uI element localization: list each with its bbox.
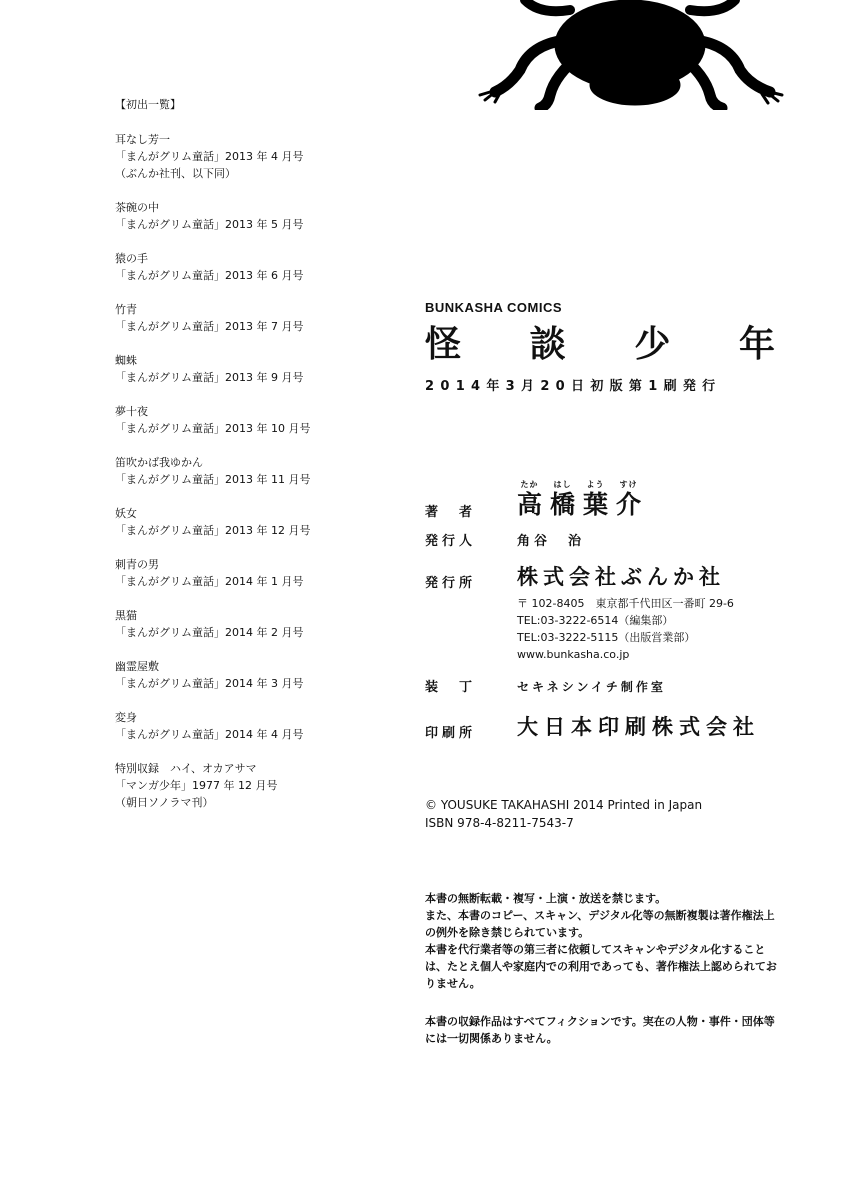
- author-label: 著 者: [425, 501, 517, 520]
- design-label: 装 丁: [425, 676, 517, 695]
- title-char: 少: [634, 323, 670, 367]
- fiction-disclaimer: 本書の収録作品はすべてフィクションです。実在の人物・事件・団体等には一切関係あり…: [425, 1013, 785, 1047]
- legal-notices: 本書の無断転載・複写・上演・放送を禁じます。 また、本書のコピー、スキャン、デジ…: [425, 890, 785, 1068]
- list-item: 刺青の男「まんがグリム童話」2014 年 1 月号: [115, 556, 395, 590]
- postal-address: 〒 102-8405 東京都千代田区一番町 29-6: [517, 595, 785, 612]
- entry-source: 「まんがグリム童話」2013 年 5 月号: [115, 216, 395, 233]
- entry-title: 竹青: [115, 301, 395, 318]
- design-studio: セキネシンイチ制作室: [517, 678, 666, 695]
- entry-title: 蜘蛛: [115, 352, 395, 369]
- publisher-address: 〒 102-8405 東京都千代田区一番町 29-6 TEL:03-3222-6…: [517, 595, 785, 663]
- tel-sales: TEL:03-3222-5115（出版営業部）: [517, 629, 785, 646]
- isbn: ISBN 978-4-8211-7543-7: [425, 814, 702, 832]
- kanji: 高: [517, 490, 542, 520]
- entry-title: 刺青の男: [115, 556, 395, 573]
- first-appearance-list: 【初出一覧】 耳なし芳一「まんがグリム童話」2013 年 4 月号（ぶんか社刊、…: [115, 96, 395, 828]
- author-name: たか高 はし橋 よう葉 すけ介: [517, 480, 641, 520]
- title-char: 年: [739, 323, 775, 367]
- entry-note: （ぶんか社刊、以下同）: [115, 165, 395, 182]
- website-link[interactable]: www.bunkasha.co.jp: [517, 646, 785, 663]
- list-item: 笛吹かば我ゆかん「まんがグリム童話」2013 年 11 月号: [115, 454, 395, 488]
- tel-editorial: TEL:03-3222-6514（編集部）: [517, 612, 785, 629]
- spider-silhouette-icon: [470, 0, 790, 110]
- colophon-header: BUNKASHA COMICS 怪 談 少 年 2014年3月20日初版第1刷発…: [425, 300, 785, 394]
- entry-title: 変身: [115, 709, 395, 726]
- design-row: 装 丁 セキネシンイチ制作室: [425, 676, 785, 695]
- entry-source: 「マンガ少年」1977 年 12 月号: [115, 777, 395, 794]
- entry-title: 妖女: [115, 505, 395, 522]
- credits: 著 者 たか高 はし橋 よう葉 すけ介 発行人 角谷 治 発行所 株式会社ぶんか…: [425, 470, 785, 741]
- publisher-name: 株式会社ぶんか社: [517, 561, 725, 591]
- ruby: すけ: [620, 480, 638, 490]
- first-appearance-heading: 【初出一覧】: [115, 96, 395, 113]
- author-row: 著 者 たか高 はし橋 よう葉 すけ介: [425, 470, 785, 520]
- entry-title: 夢十夜: [115, 403, 395, 420]
- list-item: 変身「まんがグリム童話」2014 年 4 月号: [115, 709, 395, 743]
- list-item: 耳なし芳一「まんがグリム童話」2013 年 4 月号（ぶんか社刊、以下同）: [115, 131, 395, 182]
- publisher-person-label: 発行人: [425, 530, 517, 549]
- publisher-row: 発行所 株式会社ぶんか社: [425, 561, 785, 591]
- entry-title: 黒猫: [115, 607, 395, 624]
- list-item: 黒猫「まんがグリム童話」2014 年 2 月号: [115, 607, 395, 641]
- list-item: 夢十夜「まんがグリム童話」2013 年 10 月号: [115, 403, 395, 437]
- entry-source: 「まんがグリム童話」2014 年 4 月号: [115, 726, 395, 743]
- ruby: はし: [554, 480, 572, 490]
- entry-source: 「まんがグリム童話」2014 年 2 月号: [115, 624, 395, 641]
- entry-title: 耳なし芳一: [115, 131, 395, 148]
- ruby: よう: [587, 480, 605, 490]
- list-item: 特別収録 ハイ、オカアサマ「マンガ少年」1977 年 12 月号（朝日ソノラマ刊…: [115, 760, 395, 811]
- list-item: 妖女「まんがグリム童話」2013 年 12 月号: [115, 505, 395, 539]
- kanji: 介: [616, 490, 641, 520]
- entry-source: 「まんがグリム童話」2013 年 10 月号: [115, 420, 395, 437]
- list-item: 蜘蛛「まんがグリム童話」2013 年 9 月号: [115, 352, 395, 386]
- list-item: 猿の手「まんがグリム童話」2013 年 6 月号: [115, 250, 395, 284]
- book-title: 怪 談 少 年: [425, 323, 775, 367]
- printer-label: 印刷所: [425, 722, 517, 741]
- copyright-block: © YOUSUKE TAKAHASHI 2014 Printed in Japa…: [425, 796, 702, 832]
- publisher-label: 発行所: [425, 572, 517, 591]
- title-char: 怪: [425, 323, 461, 367]
- entries-container: 耳なし芳一「まんがグリム童話」2013 年 4 月号（ぶんか社刊、以下同）茶碗の…: [115, 131, 395, 811]
- list-item: 茶碗の中「まんがグリム童話」2013 年 5 月号: [115, 199, 395, 233]
- kanji: 葉: [583, 490, 608, 520]
- printer-name: 大日本印刷株式会社: [517, 711, 760, 741]
- series-name: BUNKASHA COMICS: [425, 300, 785, 315]
- entry-source: 「まんがグリム童話」2013 年 4 月号: [115, 148, 395, 165]
- entry-source: 「まんがグリム童話」2013 年 11 月号: [115, 471, 395, 488]
- entry-note: （朝日ソノラマ刊）: [115, 794, 395, 811]
- entry-source: 「まんがグリム童話」2013 年 12 月号: [115, 522, 395, 539]
- title-char: 談: [530, 323, 566, 367]
- list-item: 竹青「まんがグリム童話」2013 年 7 月号: [115, 301, 395, 335]
- entry-title: 茶碗の中: [115, 199, 395, 216]
- entry-source: 「まんがグリム童話」2013 年 7 月号: [115, 318, 395, 335]
- entry-title: 笛吹かば我ゆかん: [115, 454, 395, 471]
- ruby: たか: [521, 480, 539, 490]
- entry-title: 幽霊屋敷: [115, 658, 395, 675]
- entry-source: 「まんがグリム童話」2013 年 6 月号: [115, 267, 395, 284]
- entry-source: 「まんがグリム童話」2014 年 1 月号: [115, 573, 395, 590]
- entry-source: 「まんがグリム童話」2013 年 9 月号: [115, 369, 395, 386]
- copy-prohibition-notice: 本書の無断転載・複写・上演・放送を禁じます。 また、本書のコピー、スキャン、デジ…: [425, 890, 785, 992]
- entry-source: 「まんがグリム童話」2014 年 3 月号: [115, 675, 395, 692]
- kanji: 橋: [550, 490, 575, 520]
- entry-title: 猿の手: [115, 250, 395, 267]
- publication-date: 2014年3月20日初版第1刷発行: [425, 375, 785, 394]
- publisher-person-row: 発行人 角谷 治: [425, 530, 785, 549]
- printer-row: 印刷所 大日本印刷株式会社: [425, 711, 785, 741]
- list-item: 幽霊屋敷「まんがグリム童話」2014 年 3 月号: [115, 658, 395, 692]
- publisher-person-name: 角谷 治: [517, 530, 585, 549]
- copyright-line: © YOUSUKE TAKAHASHI 2014 Printed in Japa…: [425, 796, 702, 814]
- entry-title: 特別収録 ハイ、オカアサマ: [115, 760, 395, 777]
